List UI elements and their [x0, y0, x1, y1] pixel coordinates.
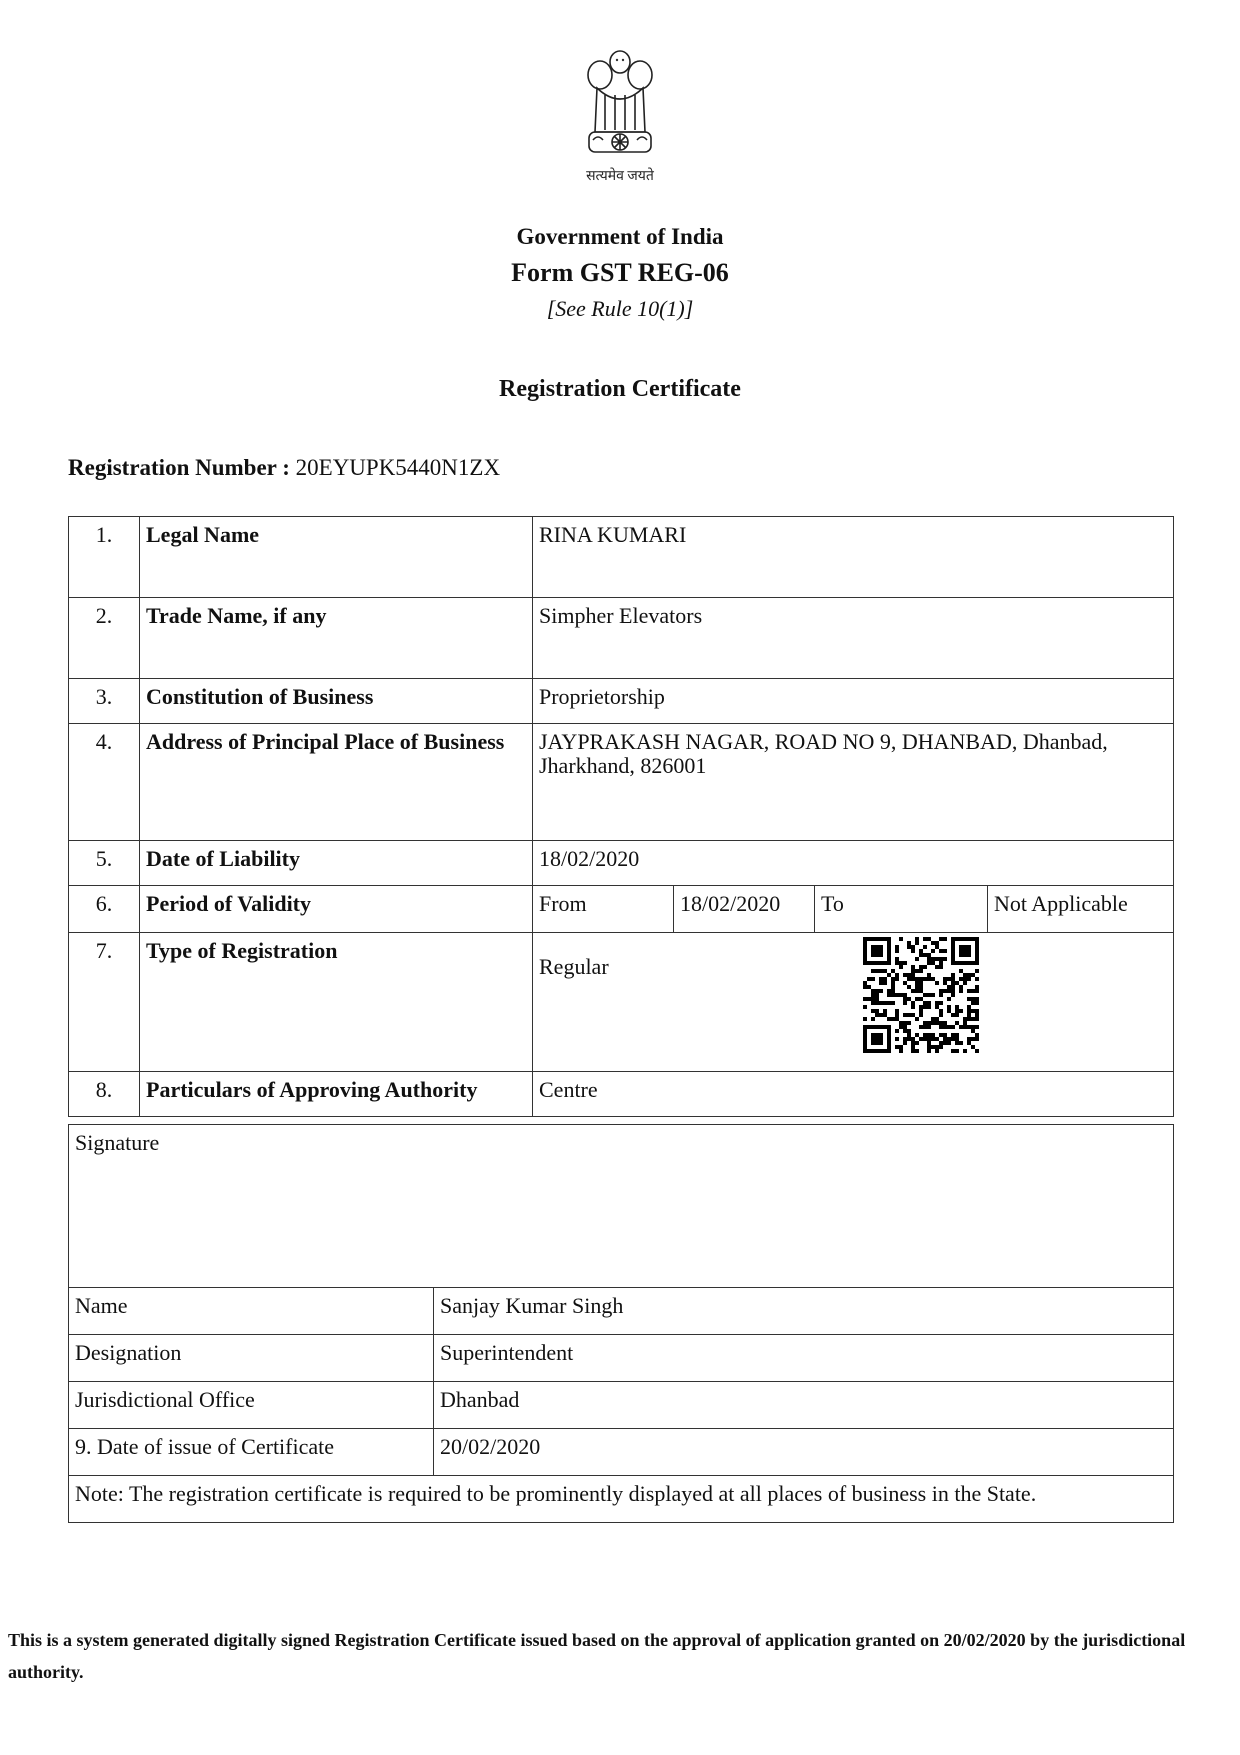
- validity-from-label: From: [533, 886, 674, 932]
- table-row: 2. Trade Name, if any Simpher Elevators: [69, 598, 1174, 679]
- emblem-motto: सत्यमेव जयते: [0, 166, 1240, 185]
- constitution-value: Proprietorship: [533, 679, 1174, 724]
- footer-disclaimer: This is a system generated digitally sig…: [8, 1624, 1233, 1688]
- row-number: 3.: [69, 679, 140, 724]
- row-number: 8.: [69, 1072, 140, 1117]
- display-note: Note: The registration certificate is re…: [69, 1476, 1174, 1523]
- signature-table: Signature Name Sanjay Kumar Singh Design…: [68, 1124, 1174, 1523]
- row-label: Address of Principal Place of Business: [140, 724, 533, 841]
- validity-from-value: 18/02/2020: [674, 886, 815, 932]
- row-label: Date of Liability: [140, 841, 533, 886]
- name-value: Sanjay Kumar Singh: [434, 1288, 1174, 1335]
- address-value: JAYPRAKASH NAGAR, ROAD NO 9, DHANBAD, Dh…: [533, 724, 1174, 841]
- validity-to-label: To: [815, 886, 988, 932]
- signature-row: Designation Superintendent: [69, 1335, 1174, 1382]
- name-label: Name: [69, 1288, 434, 1335]
- qr-code-icon: [863, 937, 979, 1053]
- table-row: 8. Particulars of Approving Authority Ce…: [69, 1072, 1174, 1117]
- validity-cell: From 18/02/2020 To Not Applicable: [533, 886, 1174, 933]
- registration-number-value: 20EYUPK5440N1ZX: [296, 455, 500, 480]
- row-label: Particulars of Approving Authority: [140, 1072, 533, 1117]
- signature-field: Signature: [69, 1125, 1174, 1288]
- registration-details-table: 1. Legal Name RINA KUMARI 2. Trade Name,…: [68, 516, 1174, 1117]
- table-row: 6. Period of Validity From 18/02/2020 To…: [69, 886, 1174, 933]
- issue-date-label: 9. Date of issue of Certificate: [69, 1429, 434, 1476]
- validity-to-value: Not Applicable: [988, 886, 1174, 932]
- signature-row: Name Sanjay Kumar Singh: [69, 1288, 1174, 1335]
- row-number: 4.: [69, 724, 140, 841]
- row-label: Period of Validity: [140, 886, 533, 933]
- registration-number-label: Registration Number :: [68, 455, 290, 480]
- designation-value: Superintendent: [434, 1335, 1174, 1382]
- government-title: Government of India: [0, 224, 1240, 250]
- table-row: 1. Legal Name RINA KUMARI: [69, 517, 1174, 598]
- row-label: Legal Name: [140, 517, 533, 598]
- table-row: 3. Constitution of Business Proprietorsh…: [69, 679, 1174, 724]
- registration-type-value: Regular: [539, 955, 1167, 979]
- table-row: 7. Type of Registration Regular: [69, 933, 1174, 1072]
- approving-authority-value: Centre: [533, 1072, 1174, 1117]
- row-number: 1.: [69, 517, 140, 598]
- form-title: Form GST REG-06: [0, 258, 1240, 288]
- row-number: 7.: [69, 933, 140, 1072]
- row-number: 5.: [69, 841, 140, 886]
- trade-name-value: Simpher Elevators: [533, 598, 1174, 679]
- date-of-liability-value: 18/02/2020: [533, 841, 1174, 886]
- row-label: Trade Name, if any: [140, 598, 533, 679]
- registration-type-cell: Regular: [533, 933, 1174, 1072]
- certificate-title: Registration Certificate: [0, 376, 1240, 403]
- row-number: 2.: [69, 598, 140, 679]
- legal-name-value: RINA KUMARI: [533, 517, 1174, 598]
- jurisdictional-office-value: Dhanbad: [434, 1382, 1174, 1429]
- national-emblem-icon: [575, 40, 665, 160]
- row-label: Constitution of Business: [140, 679, 533, 724]
- table-row: 5. Date of Liability 18/02/2020: [69, 841, 1174, 886]
- signature-row: Jurisdictional Office Dhanbad: [69, 1382, 1174, 1429]
- row-number: 6.: [69, 886, 140, 933]
- table-row: 4. Address of Principal Place of Busines…: [69, 724, 1174, 841]
- issue-date-value: 20/02/2020: [434, 1429, 1174, 1476]
- jurisdictional-office-label: Jurisdictional Office: [69, 1382, 434, 1429]
- rule-reference: [See Rule 10(1)]: [0, 296, 1240, 322]
- designation-label: Designation: [69, 1335, 434, 1382]
- signature-row: 9. Date of issue of Certificate 20/02/20…: [69, 1429, 1174, 1476]
- row-label: Type of Registration: [140, 933, 533, 1072]
- registration-number: Registration Number : 20EYUPK5440N1ZX: [68, 455, 500, 481]
